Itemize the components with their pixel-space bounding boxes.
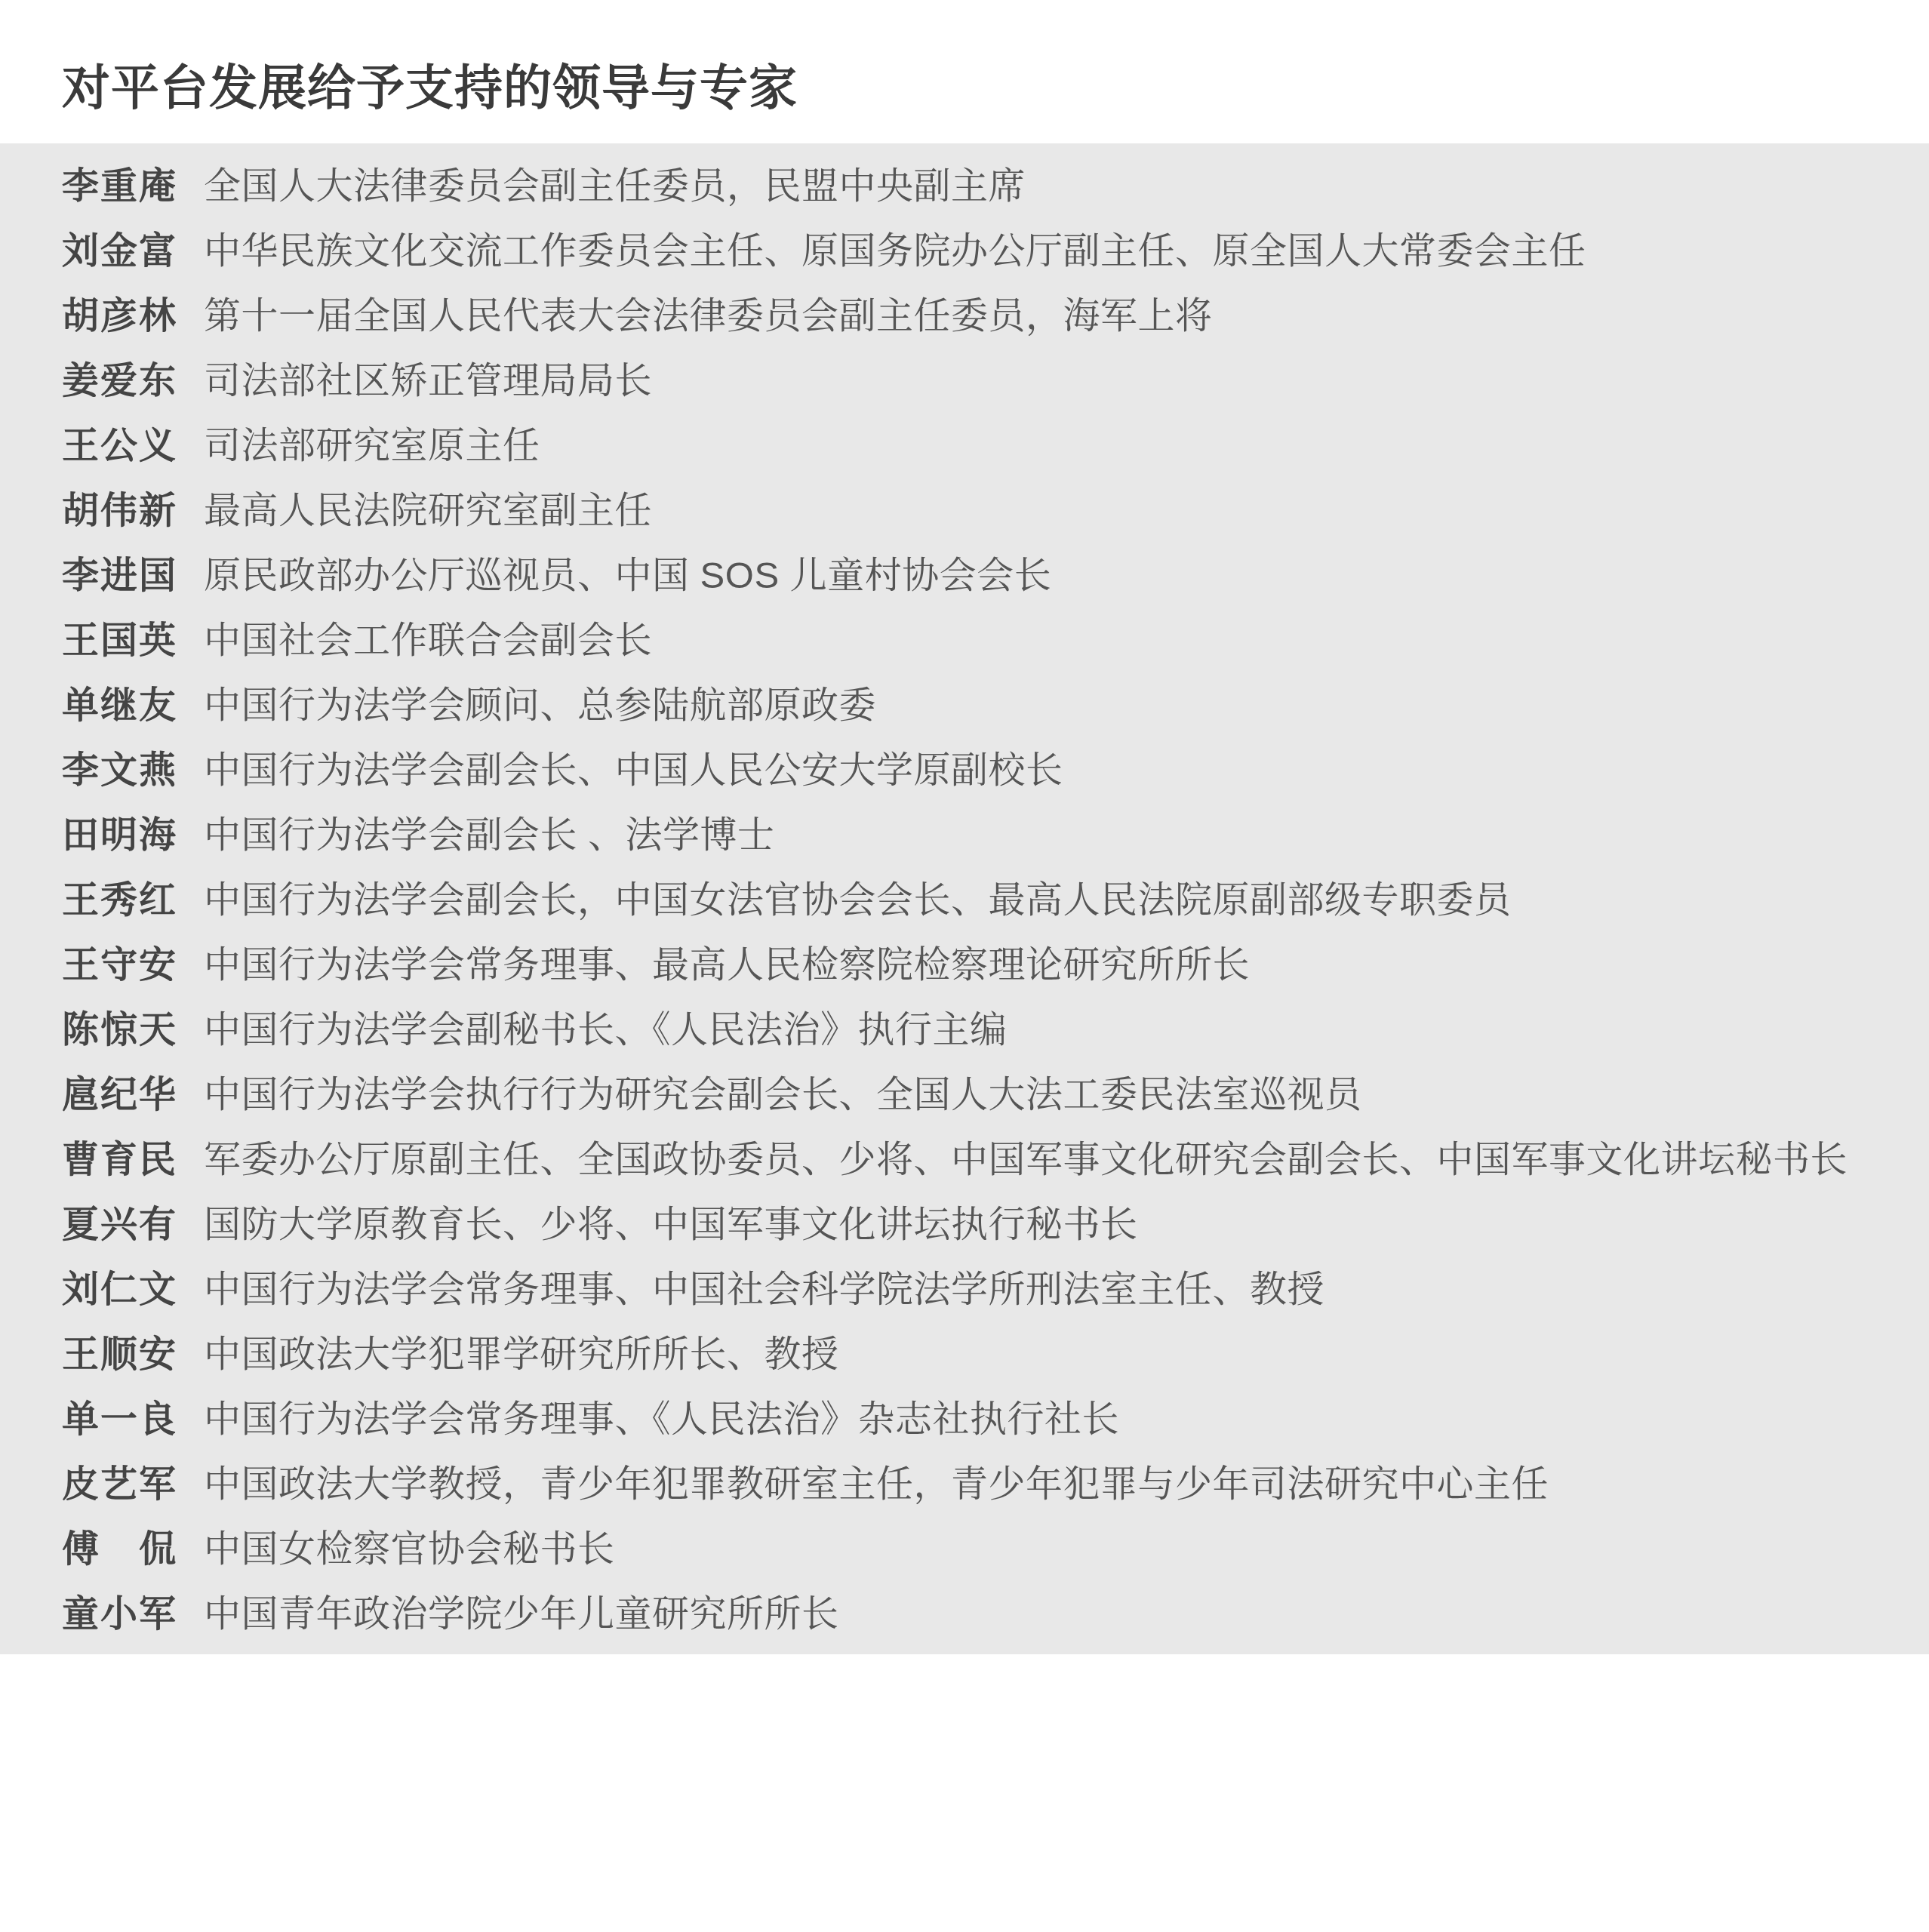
expert-name: 曹育民 — [62, 1131, 176, 1183]
list-item: 扈纪华 中国行为法学会执行行为研究会副会长、全国人大法工委民法室巡视员 — [0, 1060, 1929, 1124]
expert-name: 夏兴有 — [62, 1195, 176, 1248]
expert-name: 单继友 — [62, 676, 176, 729]
expert-name: 李重庵 — [62, 157, 176, 210]
expert-title: 中国行为法学会执行行为研究会副会长、全国人大法工委民法室巡视员 — [204, 1066, 1362, 1118]
expert-name: 扈纪华 — [62, 1066, 176, 1118]
list-item: 李进国 原民政部办公厅巡视员、中国 SOS 儿童村协会会长 — [0, 540, 1929, 605]
expert-title: 原民政部办公厅巡视员、中国 SOS 儿童村协会会长 — [204, 546, 1051, 599]
expert-title: 中国行为法学会副秘书长、《人民法治》执行主编 — [204, 1001, 1008, 1054]
expert-name: 童小军 — [62, 1585, 176, 1638]
expert-name: 刘金富 — [62, 222, 176, 275]
expert-name: 陈惊天 — [62, 1001, 176, 1054]
list-item: 刘仁文 中国行为法学会常务理事、中国社会科学院法学所刑法室主任、教授 — [0, 1254, 1929, 1319]
section-title: 对平台发展给予支持的领导与专家 — [62, 62, 1867, 114]
expert-title: 中国行为法学会副会长 、法学博士 — [204, 806, 775, 859]
list-item: 曹育民 军委办公厅原副主任、全国政协委员、少将、中国军事文化研究会副会长、中国军… — [0, 1124, 1929, 1189]
list-item: 夏兴有 国防大学原教育长、少将、中国军事文化讲坛执行秘书长 — [0, 1189, 1929, 1254]
expert-title: 中国行为法学会常务理事、中国社会科学院法学所刑法室主任、教授 — [204, 1260, 1324, 1313]
expert-name: 李文燕 — [62, 741, 176, 794]
expert-title: 中国行为法学会常务理事、《人民法治》杂志社执行社长 — [204, 1390, 1119, 1443]
expert-title: 司法部社区矫正管理局局长 — [204, 352, 652, 405]
list-item: 皮艺军 中国政法大学教授，青少年犯罪教研室主任，青少年犯罪与少年司法研究中心主任 — [0, 1449, 1929, 1514]
expert-title: 中国行为法学会副会长，中国女法官协会会长、最高人民法院原副部级专职委员 — [204, 871, 1512, 924]
list-item: 王公义 司法部研究室原主任 — [0, 411, 1929, 475]
expert-name: 刘仁文 — [62, 1260, 176, 1313]
list-item: 童小军 中国青年政治学院少年儿童研究所所长 — [0, 1579, 1929, 1644]
expert-name: 胡伟新 — [62, 481, 176, 534]
experts-panel: 李重庵 全国人大法律委员会副主任委员，民盟中央副主席 刘金富 中华民族文化交流工… — [0, 143, 1929, 1654]
expert-name: 王国英 — [62, 611, 176, 664]
list-item: 刘金富 中华民族文化交流工作委员会主任、原国务院办公厅副主任、原全国人大常委会主… — [0, 216, 1929, 281]
expert-name: 李进国 — [62, 546, 176, 599]
expert-name: 单一良 — [62, 1390, 176, 1443]
list-item: 姜爱东 司法部社区矫正管理局局长 — [0, 346, 1929, 411]
page: 对平台发展给予支持的领导与专家 李重庵 全国人大法律委员会副主任委员，民盟中央副… — [0, 0, 1929, 1654]
expert-title: 中国女检察官协会秘书长 — [204, 1520, 615, 1573]
expert-title: 中国青年政治学院少年儿童研究所所长 — [204, 1585, 839, 1638]
expert-name: 田明海 — [62, 806, 176, 859]
expert-title: 最高人民法院研究室副主任 — [204, 481, 652, 534]
expert-title: 中国行为法学会常务理事、最高人民检察院检察理论研究所所长 — [204, 936, 1250, 989]
expert-title: 全国人大法律委员会副主任委员，民盟中央副主席 — [204, 157, 1026, 210]
list-item: 胡彦林 第十一届全国人民代表大会法律委员会副主任委员，海军上将 — [0, 281, 1929, 346]
expert-title: 中国行为法学会顾问、总参陆航部原政委 — [204, 676, 876, 729]
expert-title: 中国政法大学犯罪学研究所所长、教授 — [204, 1325, 839, 1378]
expert-name: 王守安 — [62, 936, 176, 989]
expert-title: 中国政法大学教授，青少年犯罪教研室主任，青少年犯罪与少年司法研究中心主任 — [204, 1455, 1549, 1508]
list-item: 王守安 中国行为法学会常务理事、最高人民检察院检察理论研究所所长 — [0, 930, 1929, 995]
expert-title: 国防大学原教育长、少将、中国军事文化讲坛执行秘书长 — [204, 1195, 1138, 1248]
list-item: 单一良 中国行为法学会常务理事、《人民法治》杂志社执行社长 — [0, 1384, 1929, 1449]
list-item: 田明海 中国行为法学会副会长 、法学博士 — [0, 800, 1929, 865]
expert-name: 姜爱东 — [62, 352, 176, 405]
expert-title: 中国社会工作联合会副会长 — [204, 611, 652, 664]
list-item: 王国英 中国社会工作联合会副会长 — [0, 605, 1929, 670]
list-item: 傅 侃 中国女检察官协会秘书长 — [0, 1514, 1929, 1579]
expert-title: 军委办公厅原副主任、全国政协委员、少将、中国军事文化研究会副会长、中国军事文化讲… — [204, 1131, 1847, 1183]
expert-name: 王公义 — [62, 417, 176, 469]
list-item: 单继友 中国行为法学会顾问、总参陆航部原政委 — [0, 670, 1929, 735]
expert-name: 傅 侃 — [62, 1520, 176, 1573]
list-item: 李文燕 中国行为法学会副会长、中国人民公安大学原副校长 — [0, 735, 1929, 800]
list-item: 王秀红 中国行为法学会副会长，中国女法官协会会长、最高人民法院原副部级专职委员 — [0, 865, 1929, 930]
expert-name: 皮艺军 — [62, 1455, 176, 1508]
expert-title: 司法部研究室原主任 — [204, 417, 540, 469]
experts-list: 李重庵 全国人大法律委员会副主任委员，民盟中央副主席 刘金富 中华民族文化交流工… — [0, 151, 1929, 1644]
list-item: 胡伟新 最高人民法院研究室副主任 — [0, 475, 1929, 540]
list-item: 王顺安 中国政法大学犯罪学研究所所长、教授 — [0, 1319, 1929, 1384]
expert-title: 中国行为法学会副会长、中国人民公安大学原副校长 — [204, 741, 1063, 794]
expert-name: 王秀红 — [62, 871, 176, 924]
section-header: 对平台发展给予支持的领导与专家 — [0, 0, 1929, 143]
list-item: 李重庵 全国人大法律委员会副主任委员，民盟中央副主席 — [0, 151, 1929, 216]
expert-name: 王顺安 — [62, 1325, 176, 1378]
expert-title: 第十一届全国人民代表大会法律委员会副主任委员，海军上将 — [204, 287, 1213, 340]
list-item: 陈惊天 中国行为法学会副秘书长、《人民法治》执行主编 — [0, 995, 1929, 1060]
expert-name: 胡彦林 — [62, 287, 176, 340]
expert-title: 中华民族文化交流工作委员会主任、原国务院办公厅副主任、原全国人大常委会主任 — [204, 222, 1586, 275]
